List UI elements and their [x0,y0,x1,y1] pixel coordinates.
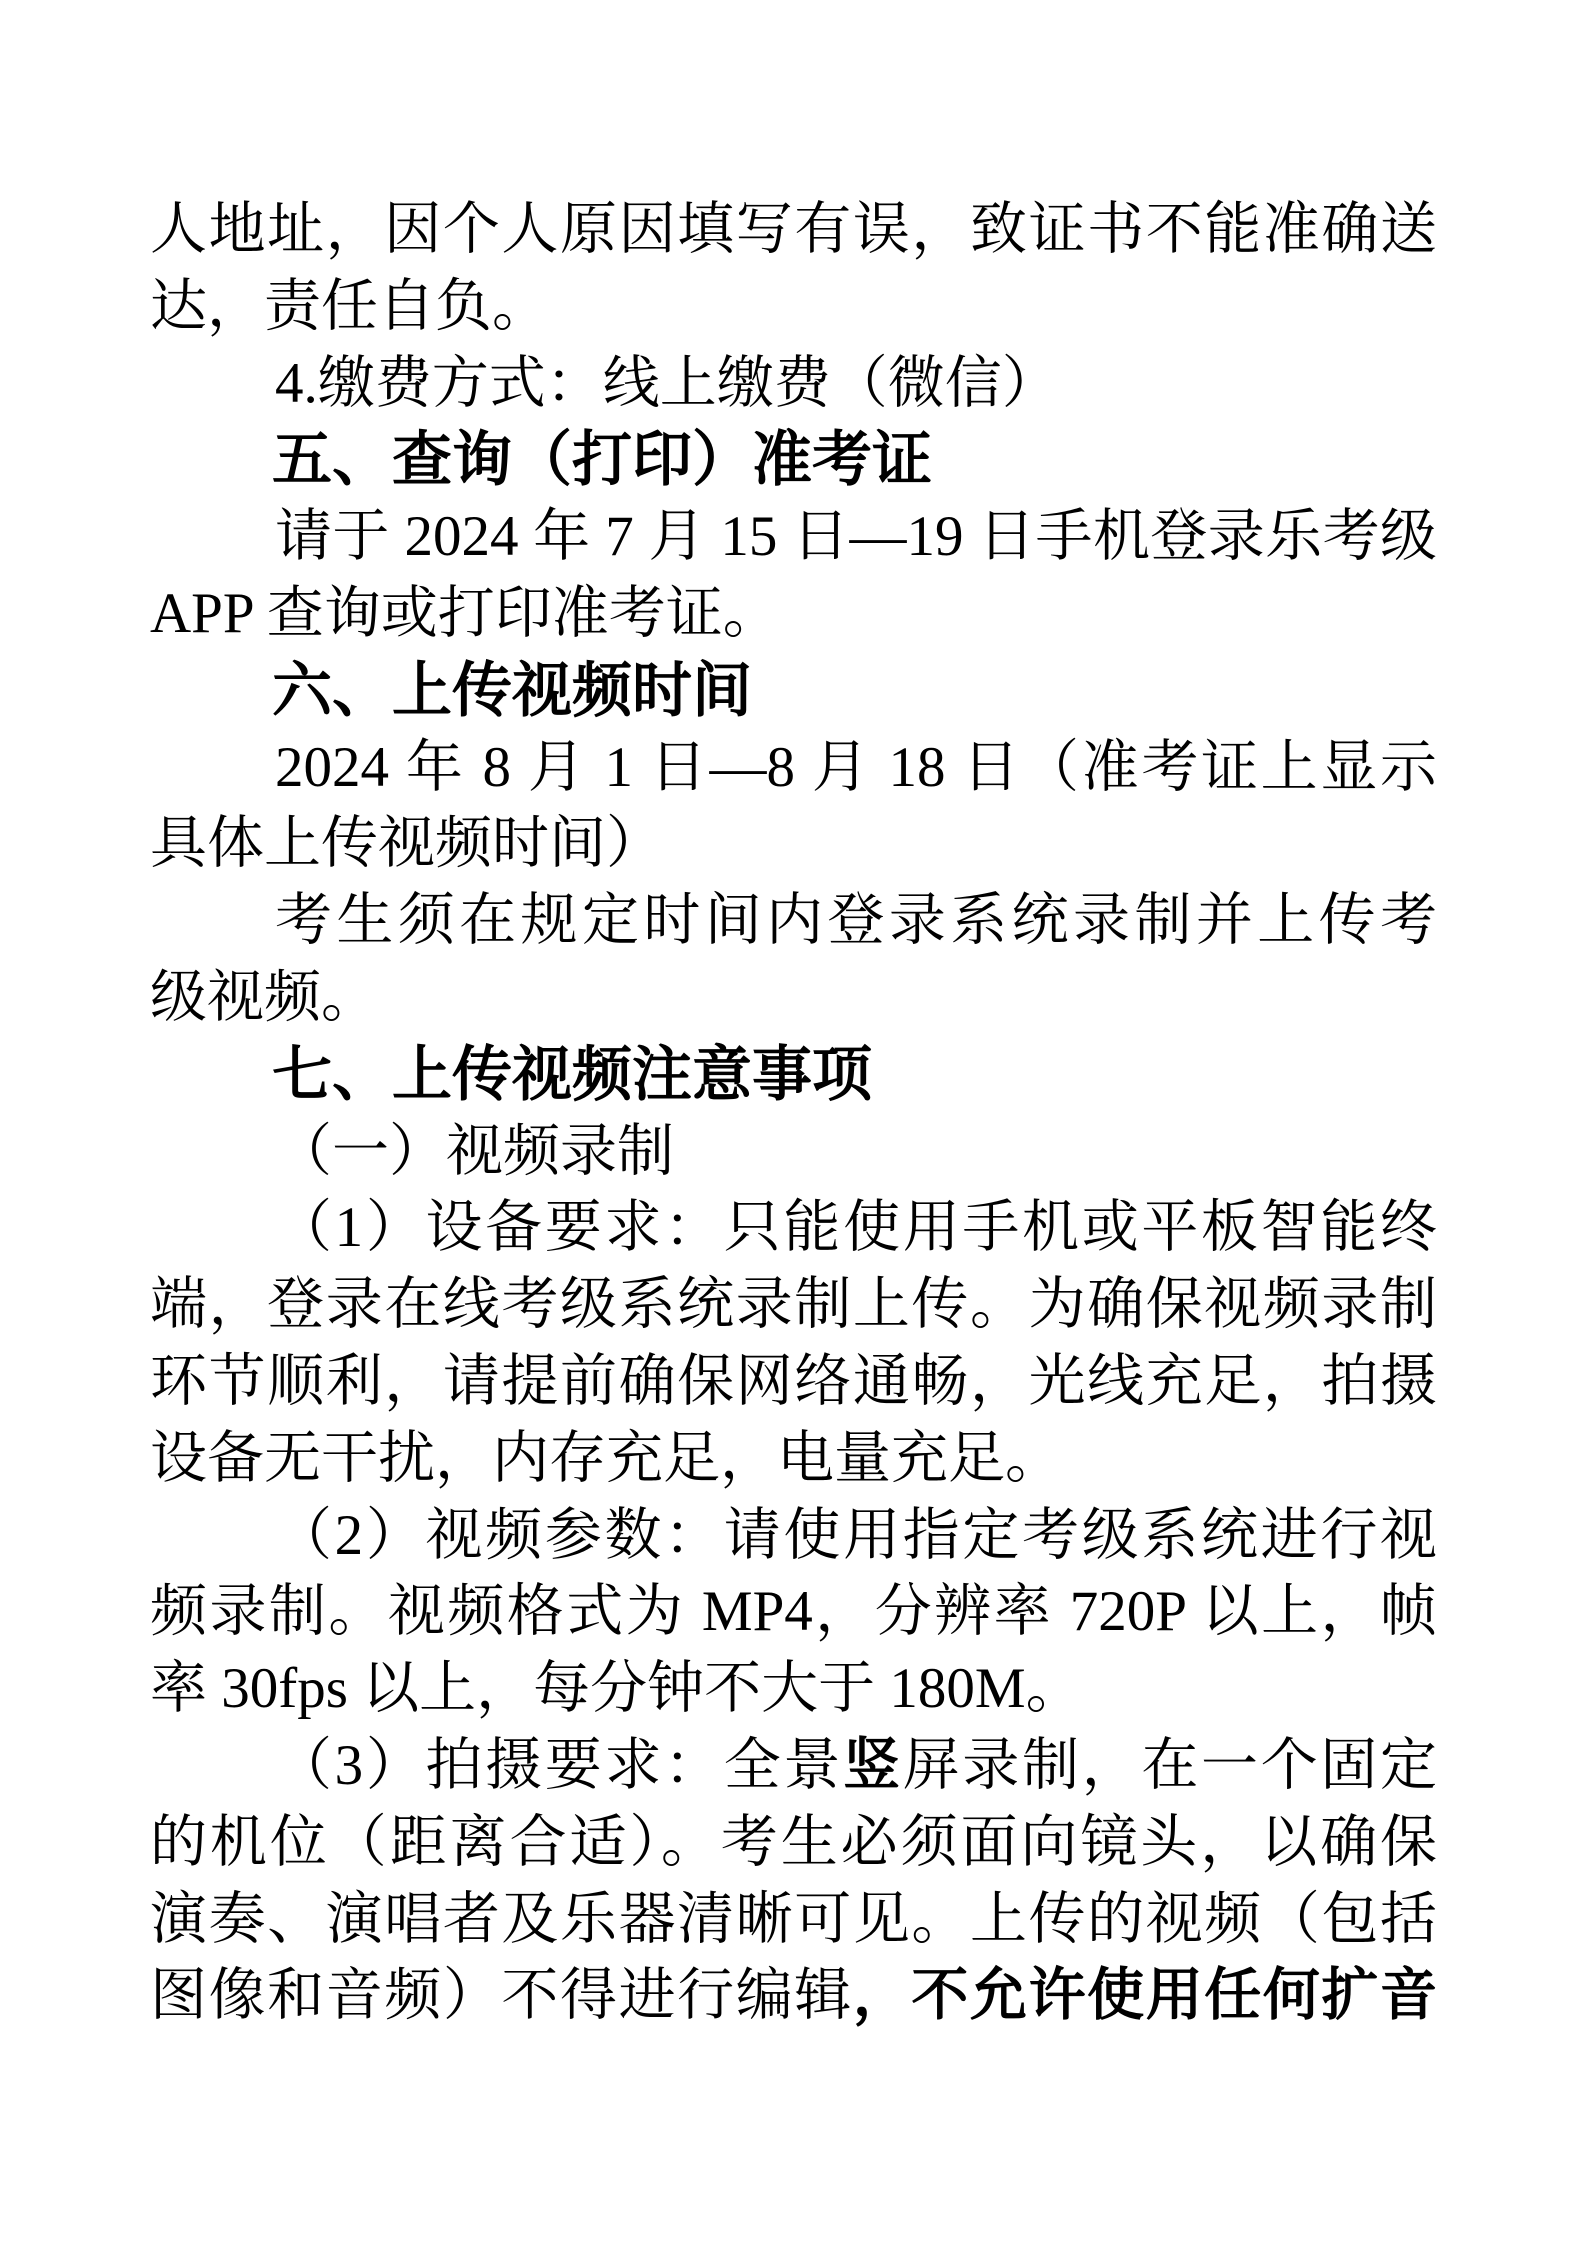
paragraph-line: 级视频。 [150,960,1437,1037]
paragraph-line: （2）视频参数：请使用指定考级系统进行视 [150,1498,1437,1575]
paragraph-text: 图像和音频）不得进行编辑 [150,1964,853,2027]
paragraph-text: （3）拍摄要求：全景 [275,1734,843,1797]
heading-section-six: 六、上传视频时间 [150,653,1437,730]
paragraph-line: 具体上传视频时间） [150,806,1437,883]
paragraph-line: 设备无干扰，内存充足，电量充足。 [150,1421,1437,1498]
emphasized-text: ，不允许使用任何扩音 [853,1964,1437,2027]
paragraph-line: 4.缴费方式：线上缴费（微信） [150,346,1437,423]
paragraph-line: 演奏、演唱者及乐器清晰可见。上传的视频（包括 [150,1882,1437,1959]
paragraph-line: （3）拍摄要求：全景竖屏录制，在一个固定 [150,1728,1437,1805]
paragraph-line: APP 查询或打印准考证。 [150,576,1437,653]
paragraph-line: 达，责任自负。 [150,269,1437,346]
paragraph-line: 人地址，因个人原因填写有误，致证书不能准确送 [150,192,1437,269]
paragraph-line: （一）视频录制 [150,1114,1437,1191]
paragraph-line: 率 30fps 以上，每分钟不大于 180M。 [150,1651,1437,1728]
heading-section-seven: 七、上传视频注意事项 [150,1037,1437,1114]
paragraph-line: 2024 年 8 月 1 日—8 月 18 日（准考证上显示 [150,730,1437,807]
paragraph-line: （1）设备要求：只能使用手机或平板智能终 [150,1190,1437,1267]
paragraph-line: 环节顺利，请提前确保网络通畅，光线充足，拍摄 [150,1344,1437,1421]
paragraph-line: 频录制。视频格式为 MP4，分辨率 720P 以上，帧 [150,1574,1437,1651]
paragraph-line: 请于 2024 年 7 月 15 日—19 日手机登录乐考级 [150,499,1437,576]
paragraph-line: 图像和音频）不得进行编辑，不允许使用任何扩音 [150,1958,1437,2035]
paragraph-text: 屏录制，在一个固定 [903,1734,1437,1797]
emphasized-text: 竖 [843,1734,903,1797]
document-page: 人地址，因个人原因填写有误，致证书不能准确送 达，责任自负。 4.缴费方式：线上… [0,0,1587,2245]
paragraph-line: 的机位（距离合适）。考生必须面向镜头，以确保 [150,1805,1437,1882]
paragraph-line: 考生须在规定时间内登录系统录制并上传考 [150,883,1437,960]
paragraph-line: 端，登录在线考级系统录制上传。为确保视频录制 [150,1267,1437,1344]
heading-section-five: 五、查询（打印）准考证 [150,422,1437,499]
